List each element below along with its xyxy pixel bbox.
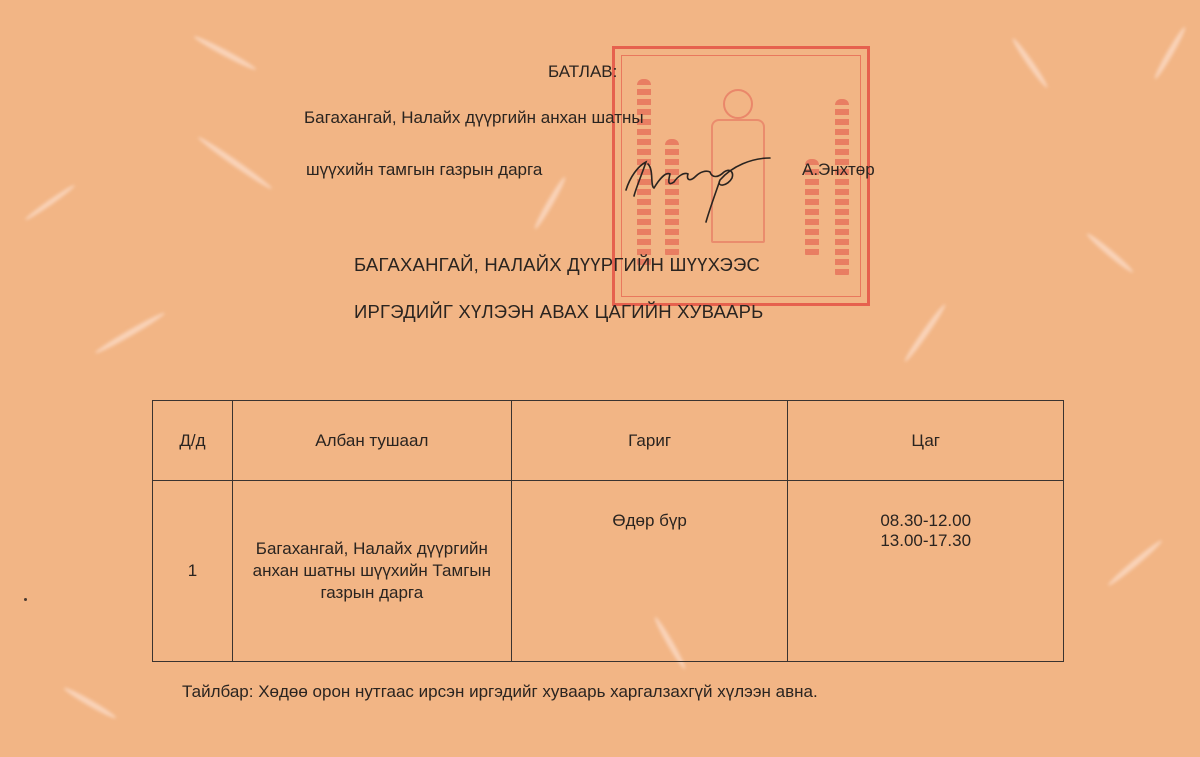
reception-schedule-table: Д/д Албан тушаал Гариг Цаг 1 Багахангай,… bbox=[152, 400, 1064, 662]
mongol-script-column bbox=[835, 99, 849, 279]
paper-fiber bbox=[24, 183, 76, 222]
paper-fiber bbox=[1010, 37, 1049, 90]
schedule-title-line-2: ИРГЭДИЙГ ХҮЛЭЭН АВАХ ЦАГИЙН ХУВААРЬ bbox=[354, 301, 763, 323]
cell-number: 1 bbox=[153, 481, 233, 662]
speck bbox=[24, 598, 27, 601]
cell-day: Өдөр бүр bbox=[511, 481, 788, 662]
paper-fiber bbox=[94, 310, 166, 355]
paper-fiber bbox=[902, 303, 947, 364]
approval-heading: БАТЛАВ: bbox=[548, 62, 617, 82]
time-slot-morning: 08.30-12.00 bbox=[789, 511, 1062, 531]
paper-fiber bbox=[1152, 26, 1187, 81]
footnote: Тайлбар: Хөдөө орон нутгаас ирсэн иргэди… bbox=[182, 682, 818, 702]
paper-fiber bbox=[532, 176, 567, 231]
column-header-time: Цаг bbox=[788, 401, 1064, 481]
soyombo-emblem-icon bbox=[723, 89, 753, 119]
signatory-name: А.Энхтөр bbox=[802, 160, 875, 180]
column-header-number: Д/д bbox=[153, 401, 233, 481]
paper-fiber bbox=[1085, 231, 1135, 274]
approval-line-2: шүүхийн тамгын газрын дарга bbox=[306, 160, 542, 180]
time-slot-afternoon: 13.00-17.30 bbox=[789, 531, 1062, 551]
paper-fiber bbox=[193, 34, 258, 72]
column-header-position: Албан тушаал bbox=[232, 401, 511, 481]
table-row: 1 Багахангай, Налайх дүүргийн анхан шатн… bbox=[153, 481, 1064, 662]
schedule-title-line-1: БАГАХАНГАЙ, НАЛАЙХ ДҮҮРГИЙН ШҮҮХЭЭС bbox=[354, 254, 760, 276]
signature-icon bbox=[620, 152, 790, 232]
approval-line-1: Багахангай, Налайх дүүргийн анхан шатны bbox=[304, 108, 644, 128]
table-header-row: Д/д Албан тушаал Гариг Цаг bbox=[153, 401, 1064, 481]
position-text: Багахангай, Налайх дүүргийн анхан шатны … bbox=[252, 538, 492, 604]
paper-fiber bbox=[1106, 538, 1163, 588]
cell-position: Багахангай, Налайх дүүргийн анхан шатны … bbox=[232, 481, 511, 662]
paper-fiber bbox=[63, 685, 118, 720]
cell-time: 08.30-12.00 13.00-17.30 bbox=[788, 481, 1064, 662]
column-header-day: Гариг bbox=[511, 401, 788, 481]
paper-fiber bbox=[196, 135, 273, 192]
